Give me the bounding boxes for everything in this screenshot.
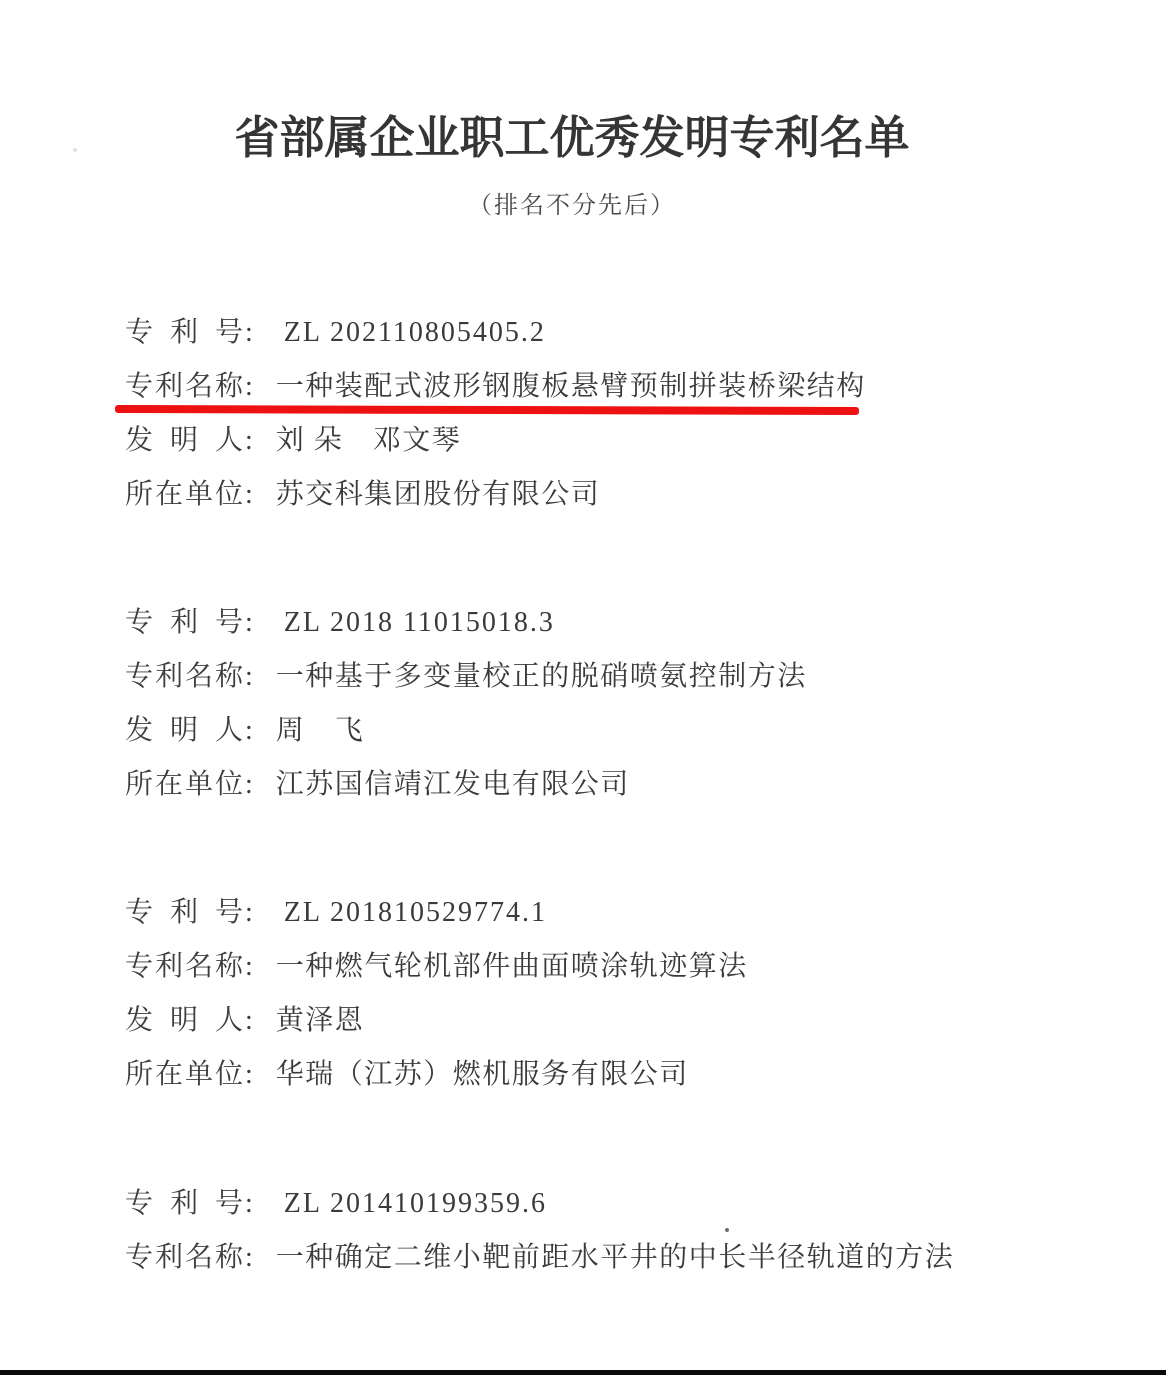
red-highlight-underline [115,405,859,415]
page-subtitle: （排名不分先后） [0,191,1144,221]
patent-number-line: 专利号: ZL 2018 11015018.3 [125,608,1105,638]
unit-label: 所在单位 [125,770,243,800]
label-colon: : [245,1243,253,1273]
inventor-value: 周 飞 [276,716,365,746]
scan-speck-faint [73,148,77,152]
patent-number-value: ZL 201810529774.1 [284,898,547,928]
patent-number-value: ZL 202110805405.2 [284,318,546,348]
patent-name-label: 专利名称 [125,662,243,692]
inventor-label: 发明人 [125,426,243,456]
patent-entry-3: 专利号: ZL 201810529774.1 专利名称: 一种燃气轮机部件曲面喷… [125,898,1105,1114]
inventor-line: 发明人: 黄泽恩 [125,1006,1105,1036]
patent-number-line: 专利号: ZL 201410199359.6 [125,1189,1105,1219]
patent-name-label: 专利名称 [125,1243,243,1273]
patent-entry-1: 专利号: ZL 202110805405.2 专利名称: 一种装配式波形钢腹板悬… [125,318,1105,534]
patent-entry-2: 专利号: ZL 2018 11015018.3 专利名称: 一种基于多变量校正的… [125,608,1105,824]
scanned-document-page: 省部属企业职工优秀发明专利名单 （排名不分先后） 专利号: ZL 2021108… [0,0,1166,1375]
inventor-label: 发明人 [125,716,243,746]
patent-name-label: 专利名称 [125,372,243,402]
patent-entry-4: 专利号: ZL 201410199359.6 专利名称: 一种确定二维小靶前距水… [125,1189,1105,1297]
label-colon: : [245,1006,253,1036]
label-colon: : [245,1189,253,1219]
patent-name-value: 一种燃气轮机部件曲面喷涂轨迹算法 [276,952,748,982]
patent-name-value: 一种基于多变量校正的脱硝喷氨控制方法 [276,662,807,692]
patent-name-line: 专利名称: 一种燃气轮机部件曲面喷涂轨迹算法 [125,952,1105,982]
label-colon: : [245,372,253,402]
unit-label: 所在单位 [125,1060,243,1090]
unit-line: 所在单位: 苏交科集团股份有限公司 [125,480,1105,510]
label-colon: : [245,1060,253,1090]
label-colon: : [245,480,253,510]
patent-name-line: 专利名称: 一种基于多变量校正的脱硝喷氨控制方法 [125,662,1105,692]
patent-number-label: 专利号 [125,318,243,348]
patent-number-label: 专利号 [125,608,243,638]
inventor-value: 黄泽恩 [276,1006,365,1036]
patent-name-line: 专利名称: 一种确定二维小靶前距水平井的中长半径轨道的方法 [125,1243,1105,1273]
label-colon: : [245,662,253,692]
patent-name-line: 专利名称: 一种装配式波形钢腹板悬臂预制拼装桥梁结构 [125,372,1105,402]
patent-number-value: ZL 2018 11015018.3 [284,608,555,638]
inventor-line: 发明人: 刘 朵 邓文琴 [125,426,1105,456]
unit-value: 苏交科集团股份有限公司 [276,480,601,510]
patent-name-value: 一种装配式波形钢腹板悬臂预制拼装桥梁结构 [276,372,866,402]
inventor-label: 发明人 [125,1006,243,1036]
patent-name-value: 一种确定二维小靶前距水平井的中长半径轨道的方法 [276,1243,955,1273]
patent-number-line: 专利号: ZL 202110805405.2 [125,318,1105,348]
unit-line: 所在单位: 江苏国信靖江发电有限公司 [125,770,1105,800]
label-colon: : [245,952,253,982]
page-title: 省部属企业职工优秀发明专利名单 [0,112,1144,164]
unit-value: 华瑞（江苏）燃机服务有限公司 [276,1060,689,1090]
inventor-value: 刘 朵 邓文琴 [276,426,462,456]
label-colon: : [245,716,253,746]
unit-value: 江苏国信靖江发电有限公司 [276,770,630,800]
label-colon: : [245,318,253,348]
unit-line: 所在单位: 华瑞（江苏）燃机服务有限公司 [125,1060,1105,1090]
patent-number-label: 专利号 [125,1189,243,1219]
patent-number-line: 专利号: ZL 201810529774.1 [125,898,1105,928]
label-colon: : [245,608,253,638]
inventor-line: 发明人: 周 飞 [125,716,1105,746]
patent-number-label: 专利号 [125,898,243,928]
label-colon: : [245,426,253,456]
label-colon: : [245,898,253,928]
patent-name-label: 专利名称 [125,952,243,982]
patent-number-value: ZL 201410199359.6 [284,1189,547,1219]
scan-edge-bar [0,1370,1166,1375]
unit-label: 所在单位 [125,480,243,510]
scan-speck-dark [725,1228,729,1232]
label-colon: : [245,770,253,800]
